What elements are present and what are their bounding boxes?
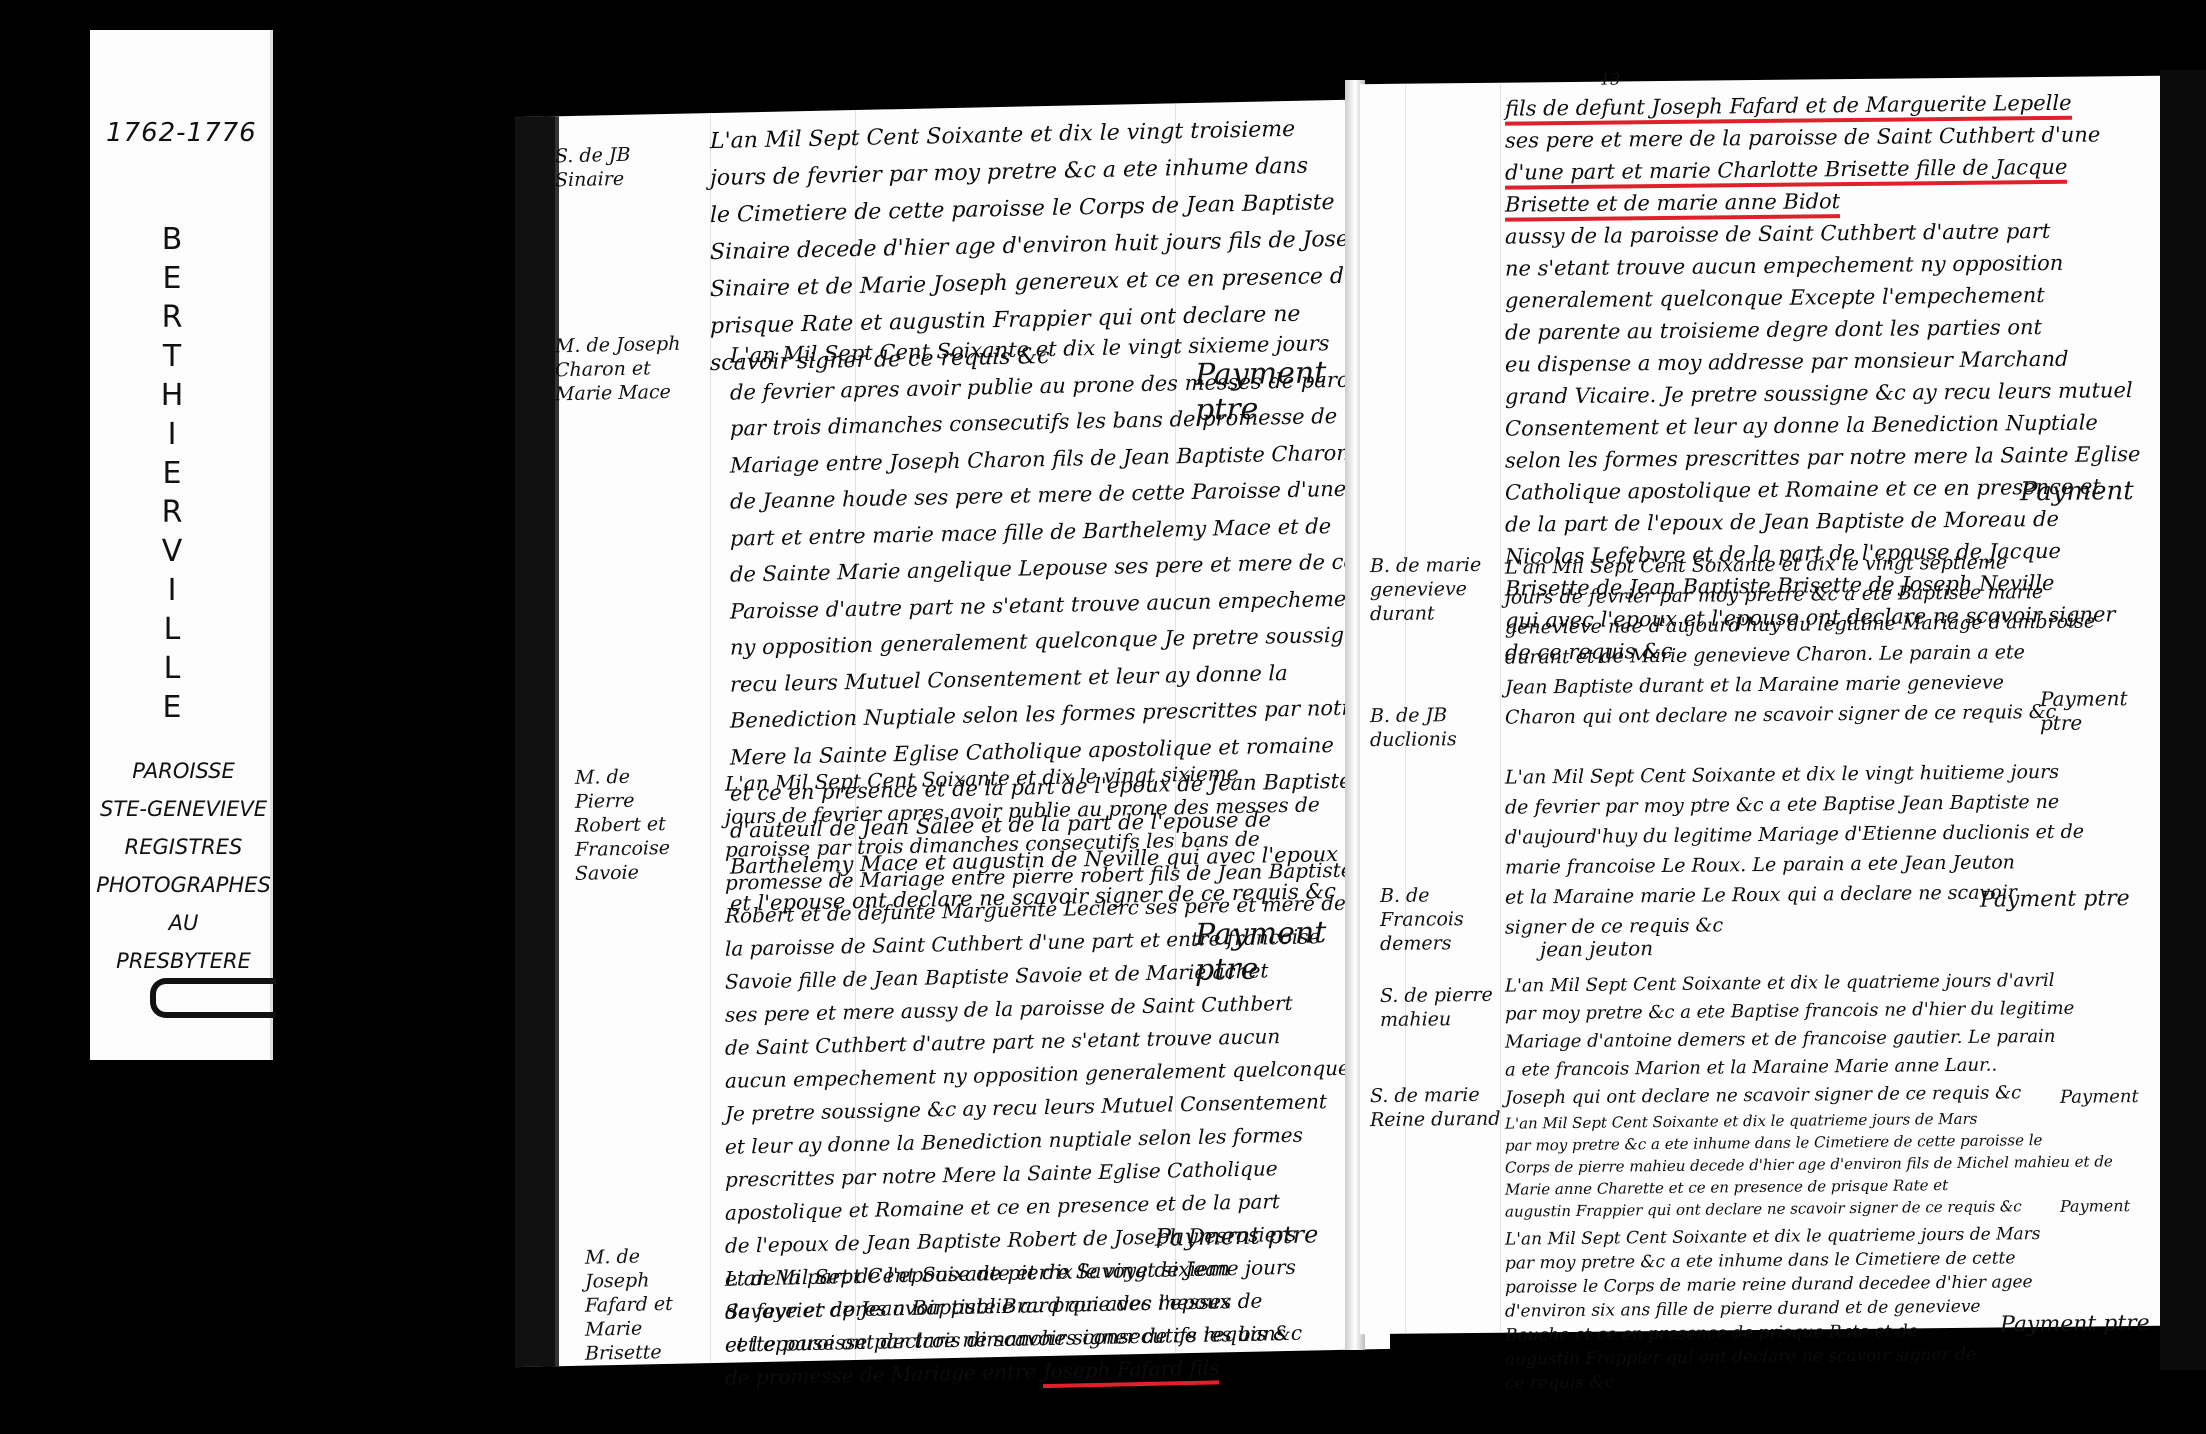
margin-note: M. de Pierre Robert et Francoise Savoie	[575, 764, 685, 886]
highlighted-line: d'une part et marie Charlotte Brisette f…	[1505, 155, 2067, 190]
entry-line: ce requis &c	[1505, 1366, 2040, 1396]
margin-note: S. de JB Sinaire	[555, 142, 665, 192]
priest-signature: Payment ptre	[2000, 1311, 2150, 1338]
priest-signature: Payment	[2060, 1086, 2139, 1108]
margin-note: S. de pierre mahieu	[1380, 983, 1520, 1032]
label-line: REGISTRES	[96, 828, 271, 866]
archive-label-strip: 1762-1776 B E R T H I E R V I L L E PARO…	[90, 30, 273, 1060]
letter: T	[152, 337, 192, 376]
priest-signature: Payment ptre	[2040, 686, 2160, 735]
letter: V	[152, 532, 192, 571]
page-number: 13	[1600, 67, 1620, 91]
priest-signature: Payment	[2060, 1196, 2130, 1216]
entry-line: Charon qui ont declare ne scavoir signer…	[1505, 696, 2095, 732]
label-description: PAROISSE STE-GENEVIEVE REGISTRES PHOTOGR…	[96, 752, 271, 980]
letter: B	[152, 220, 192, 259]
paperclip-icon	[150, 978, 276, 1018]
priest-signature: Payment	[2020, 476, 2134, 507]
letter: L	[152, 610, 192, 649]
entry-burial-mahieu: L'an Mil Sept Cent Soixante et dix le qu…	[1505, 1106, 2113, 1222]
letter: R	[152, 493, 192, 532]
highlighted-name: Joseph Fafard fils	[1043, 1355, 1220, 1388]
register-page-left: S. de JB Sinaire M. de Joseph Charon et …	[515, 99, 1390, 1367]
entry-marriage-fafard: L'an Mil Sept Cent Soixante et dix le vi…	[725, 1251, 1296, 1395]
margin-note: B. de JB duclionis	[1370, 703, 1520, 753]
label-line: AU	[96, 904, 271, 942]
margin-note: B. de Francois demers	[1380, 883, 1500, 956]
letter: E	[152, 259, 192, 298]
letter: E	[152, 454, 192, 493]
priest-signature: Payment ptre	[1155, 1220, 1318, 1251]
margin-note: M. de Joseph Charon et Marie Mace	[555, 331, 705, 406]
letter: H	[152, 376, 192, 415]
label-line: PHOTOGRAPHES	[96, 866, 271, 904]
margin-note: B. de marie genevieve durant	[1370, 553, 1520, 627]
label-line: STE-GENEVIEVE	[96, 790, 271, 828]
letter: E	[152, 688, 192, 727]
entry-line: d'une part et marie Charlotte Brisette f…	[1505, 150, 2141, 189]
entry-line: durant et de Marie genevieve Charon. Le …	[1505, 636, 2095, 672]
label-vertical-parish-name: B E R T H I E R V I L L E	[152, 220, 192, 727]
entry-baptism-durant: L'an Mil Sept Cent Soixante et dix le vi…	[1505, 546, 2095, 732]
label-years: 1762-1776	[106, 118, 257, 148]
label-line: PRESBYTERE	[96, 942, 271, 980]
priest-signature: Payment ptre	[1980, 886, 2130, 913]
letter: I	[152, 415, 192, 454]
entry-line: ne s'etant trouve aucun empechement ny o…	[1505, 246, 2141, 285]
label-line: PAROISSE	[96, 752, 271, 790]
letter: L	[152, 649, 192, 688]
margin-note: S. de marie Reine durand	[1370, 1083, 1520, 1133]
book-edge	[2160, 70, 2206, 1370]
entry-line-text: de promesse de Mariage entre	[725, 1359, 1036, 1390]
letter: R	[152, 298, 192, 337]
margin-note: M. de Joseph Fafard et Marie Brisette	[585, 1243, 695, 1365]
entry-baptism-demers: L'an Mil Sept Cent Soixante et dix le qu…	[1505, 967, 2074, 1113]
register-page-right: 13 B. de marie genevieve durant B. de JB…	[1360, 76, 2160, 1334]
letter: I	[152, 571, 192, 610]
entry-baptism-duclionis: L'an Mil Sept Cent Soixante et dix le vi…	[1505, 757, 2084, 943]
entry-burial-durand: L'an Mil Sept Cent Soixante et dix le qu…	[1505, 1222, 2040, 1396]
godparent-signature: jean jeuton	[1540, 936, 1653, 961]
